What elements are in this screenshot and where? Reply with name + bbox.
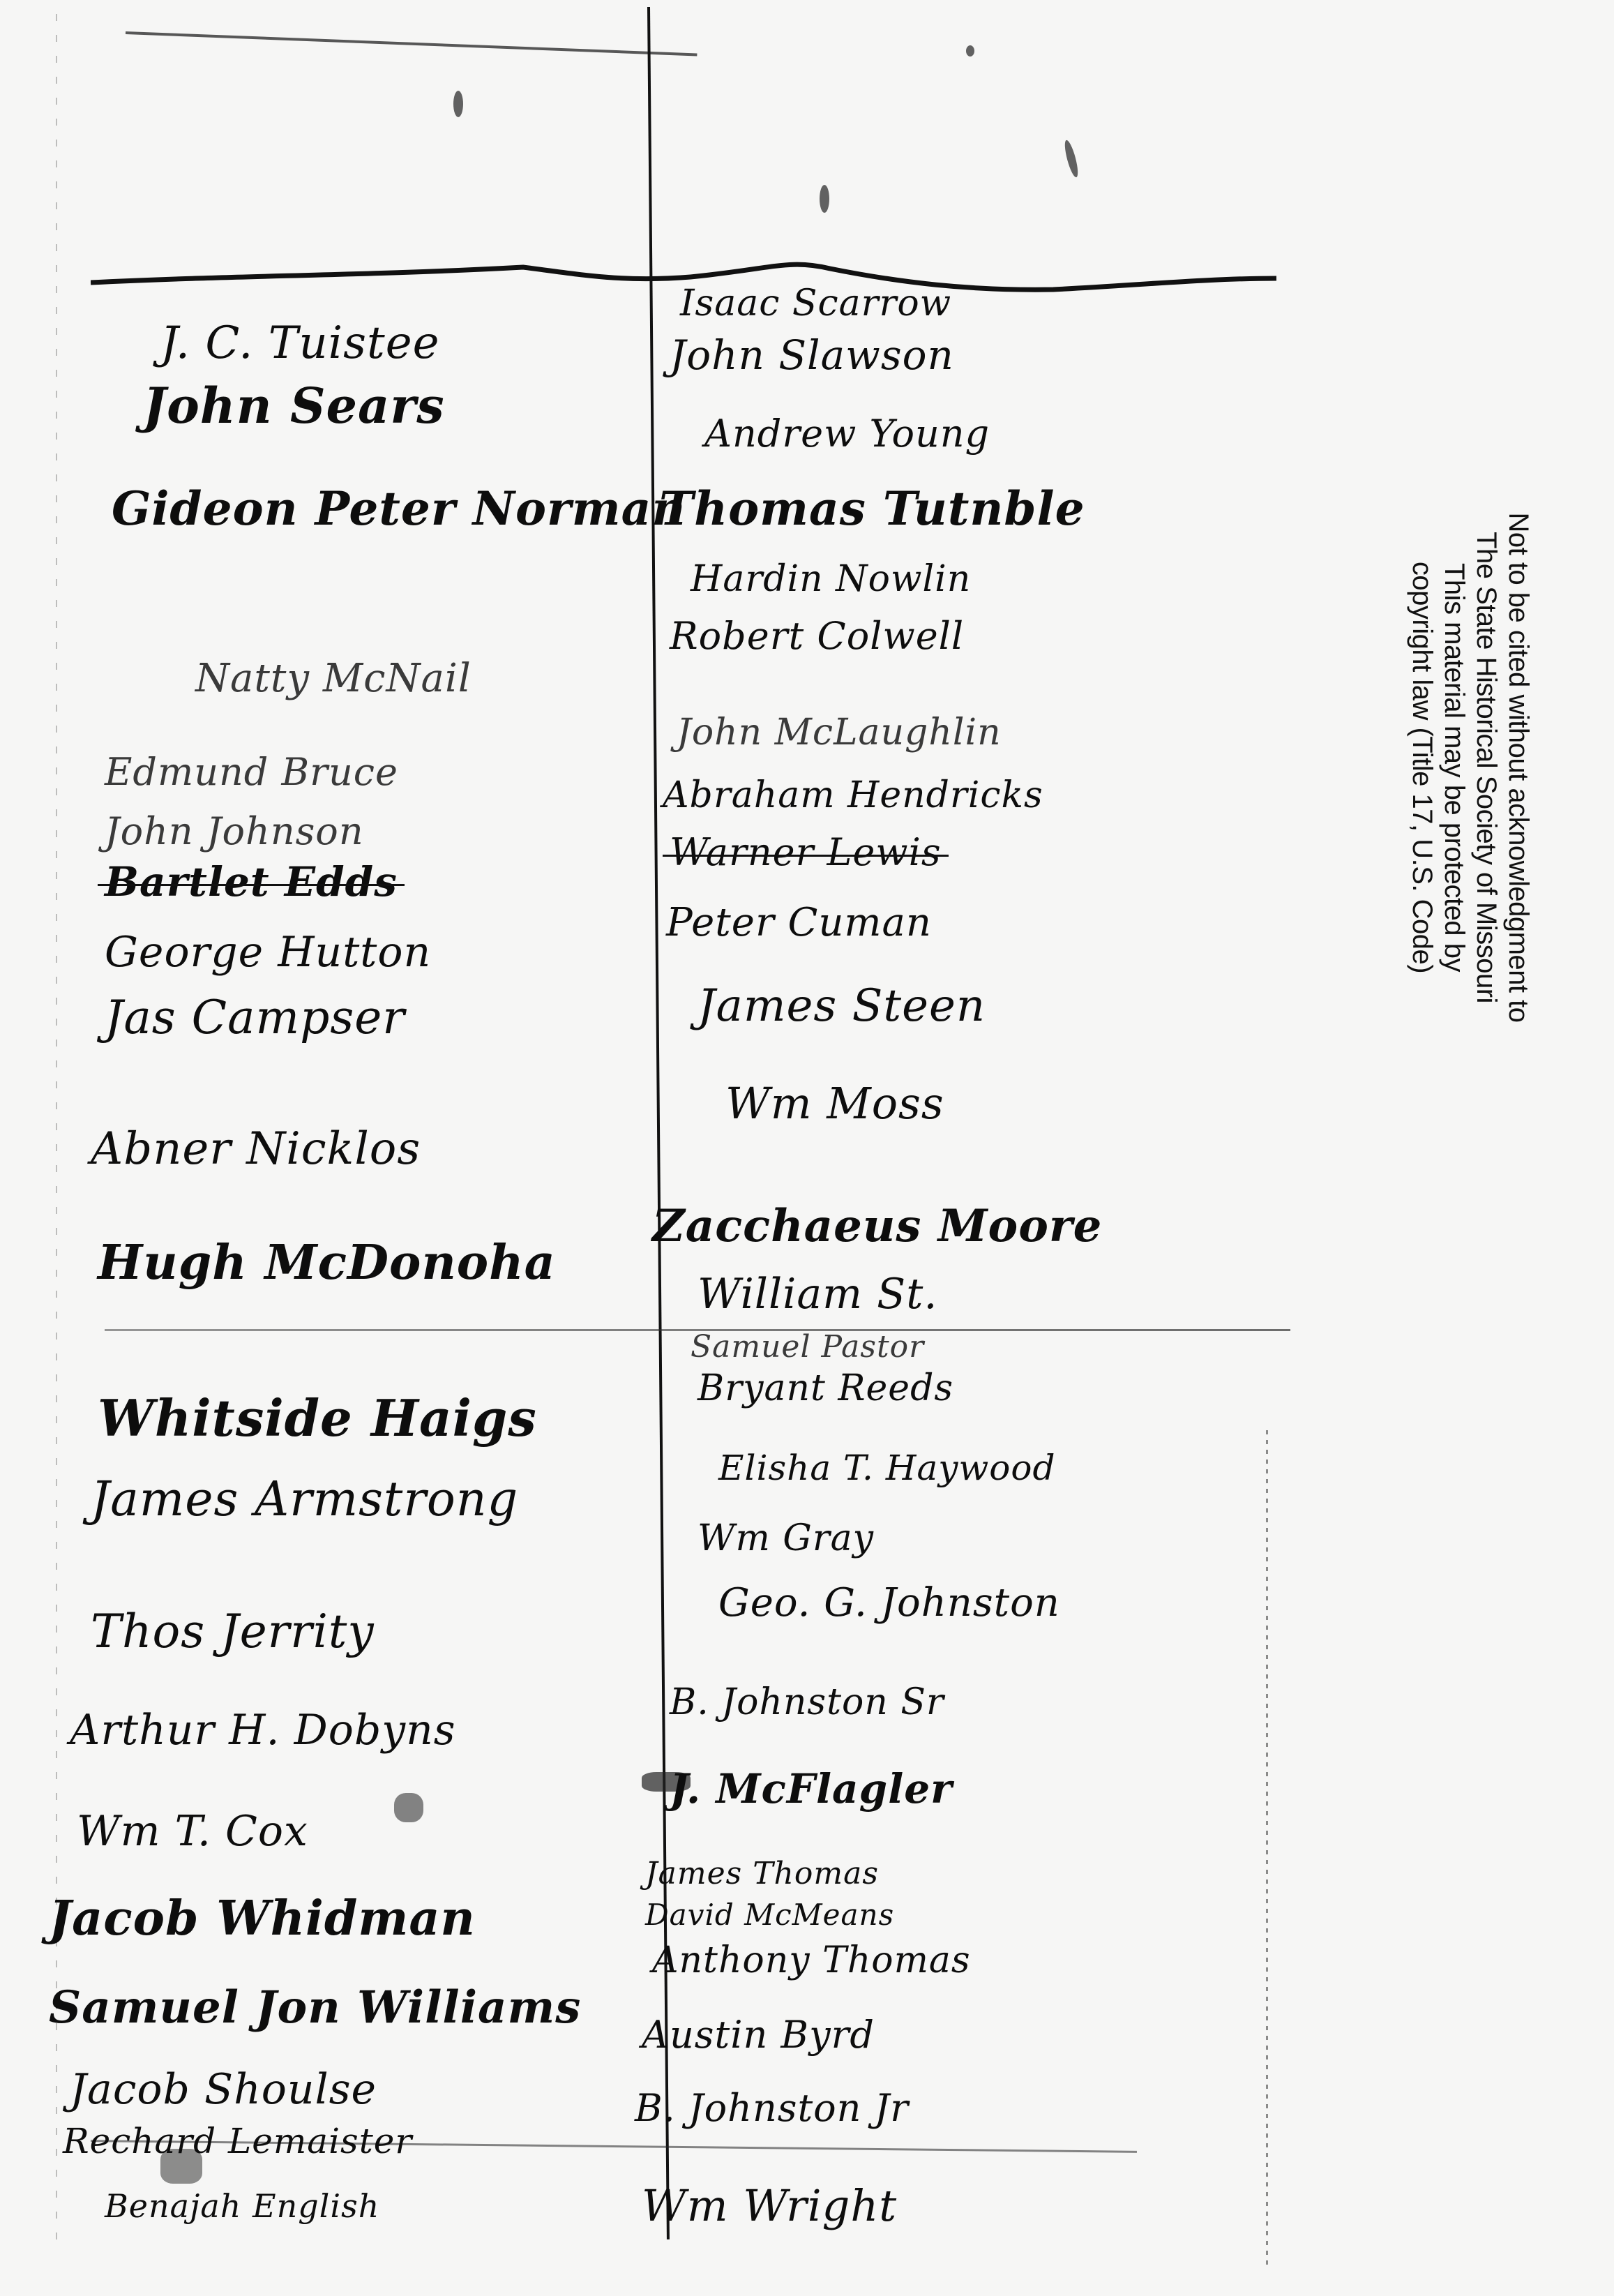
signature: John Sears [143, 377, 445, 435]
scanned-page: J. C. Tuistee John Sears Gideon Peter No… [0, 0, 1614, 2296]
signature: Arthur H. Dobyns [70, 1706, 456, 1755]
signature: Wm T. Cox [77, 1807, 308, 1856]
signature: Gideon Peter Norman [112, 481, 686, 536]
signature: Robert Colwell [670, 614, 964, 658]
signature: Benajah English [105, 2187, 379, 2225]
signature: Warner Lewis [670, 830, 942, 874]
signature: Jacob Shoulse [70, 2065, 377, 2114]
signature: Wm Moss [725, 1078, 944, 1129]
signature: Andrew Young [704, 412, 990, 456]
ink-blot [394, 1793, 423, 1822]
notice-line: Not to be cited without acknowledgment t… [1502, 481, 1534, 1053]
signature: B. Johnston Jr [635, 2086, 909, 2130]
signature: Samuel Pastor [691, 1329, 924, 1365]
signature: Hardin Nowlin [691, 558, 971, 600]
signature: J. McFlagler [670, 1765, 953, 1813]
signature: James Steen [697, 980, 986, 1032]
signature: Samuel Jon Williams [49, 1981, 581, 2034]
scan-edge-right [1266, 1430, 1268, 2267]
signature: George Hutton [105, 928, 431, 977]
signature: John Slawson [670, 331, 954, 379]
signature: Anthony Thomas [652, 1939, 971, 1981]
signature: Peter Cuman [666, 900, 932, 945]
signature: Zacchaeus Moore [652, 1200, 1102, 1252]
signature: Wm Wright [642, 2180, 897, 2231]
signature: Thos Jerrity [91, 1605, 375, 1658]
signature: Rechard Lemaister [63, 2121, 412, 2161]
signature: Wm Gray [697, 1517, 874, 1559]
signature: Hugh McDonoha [98, 1235, 556, 1291]
signature: Isaac Scarrow [680, 283, 951, 324]
signature: Natty McNail [195, 656, 472, 701]
signature: Geo. G. Johnston [718, 1580, 1060, 1626]
notice-line: This material may be protected by [1438, 481, 1470, 1053]
signature: Elisha T. Haywood [718, 1448, 1056, 1488]
notice-line: copyright law (Title 17, U.S. Code) [1406, 481, 1438, 1053]
signature: Bartlet Edds [105, 858, 398, 906]
signature: John Johnson [105, 809, 364, 853]
ink-blot [453, 91, 463, 117]
signature: B. Johnston Sr [670, 1681, 944, 1723]
signature: Abraham Hendricks [663, 774, 1043, 816]
signature: Jas Campser [105, 991, 405, 1044]
signature: Whitside Haigs [98, 1388, 537, 1448]
signature: John McLaughlin [677, 712, 1002, 753]
signature: J. C. Tuistee [160, 317, 439, 369]
ink-blot [820, 185, 829, 213]
ink-blot [966, 45, 974, 57]
signature: James Thomas [645, 1856, 879, 1891]
signature: Bryant Reeds [697, 1367, 953, 1409]
signature: William St. [697, 1270, 937, 1319]
signature: Jacob Whidman [49, 1891, 476, 1946]
signature: Austin Byrd [642, 2013, 875, 2057]
notice-line: The State Historical Society of Missouri [1470, 481, 1502, 1053]
signature: Abner Nicklos [91, 1123, 421, 1175]
signature: Thomas Tutnble [659, 481, 1085, 536]
copyright-notice: Not to be cited without acknowledgment t… [1406, 481, 1534, 1053]
signature: David McMeans [645, 1898, 894, 1932]
signature: Edmund Bruce [105, 750, 398, 794]
signature: James Armstrong [91, 1472, 518, 1527]
